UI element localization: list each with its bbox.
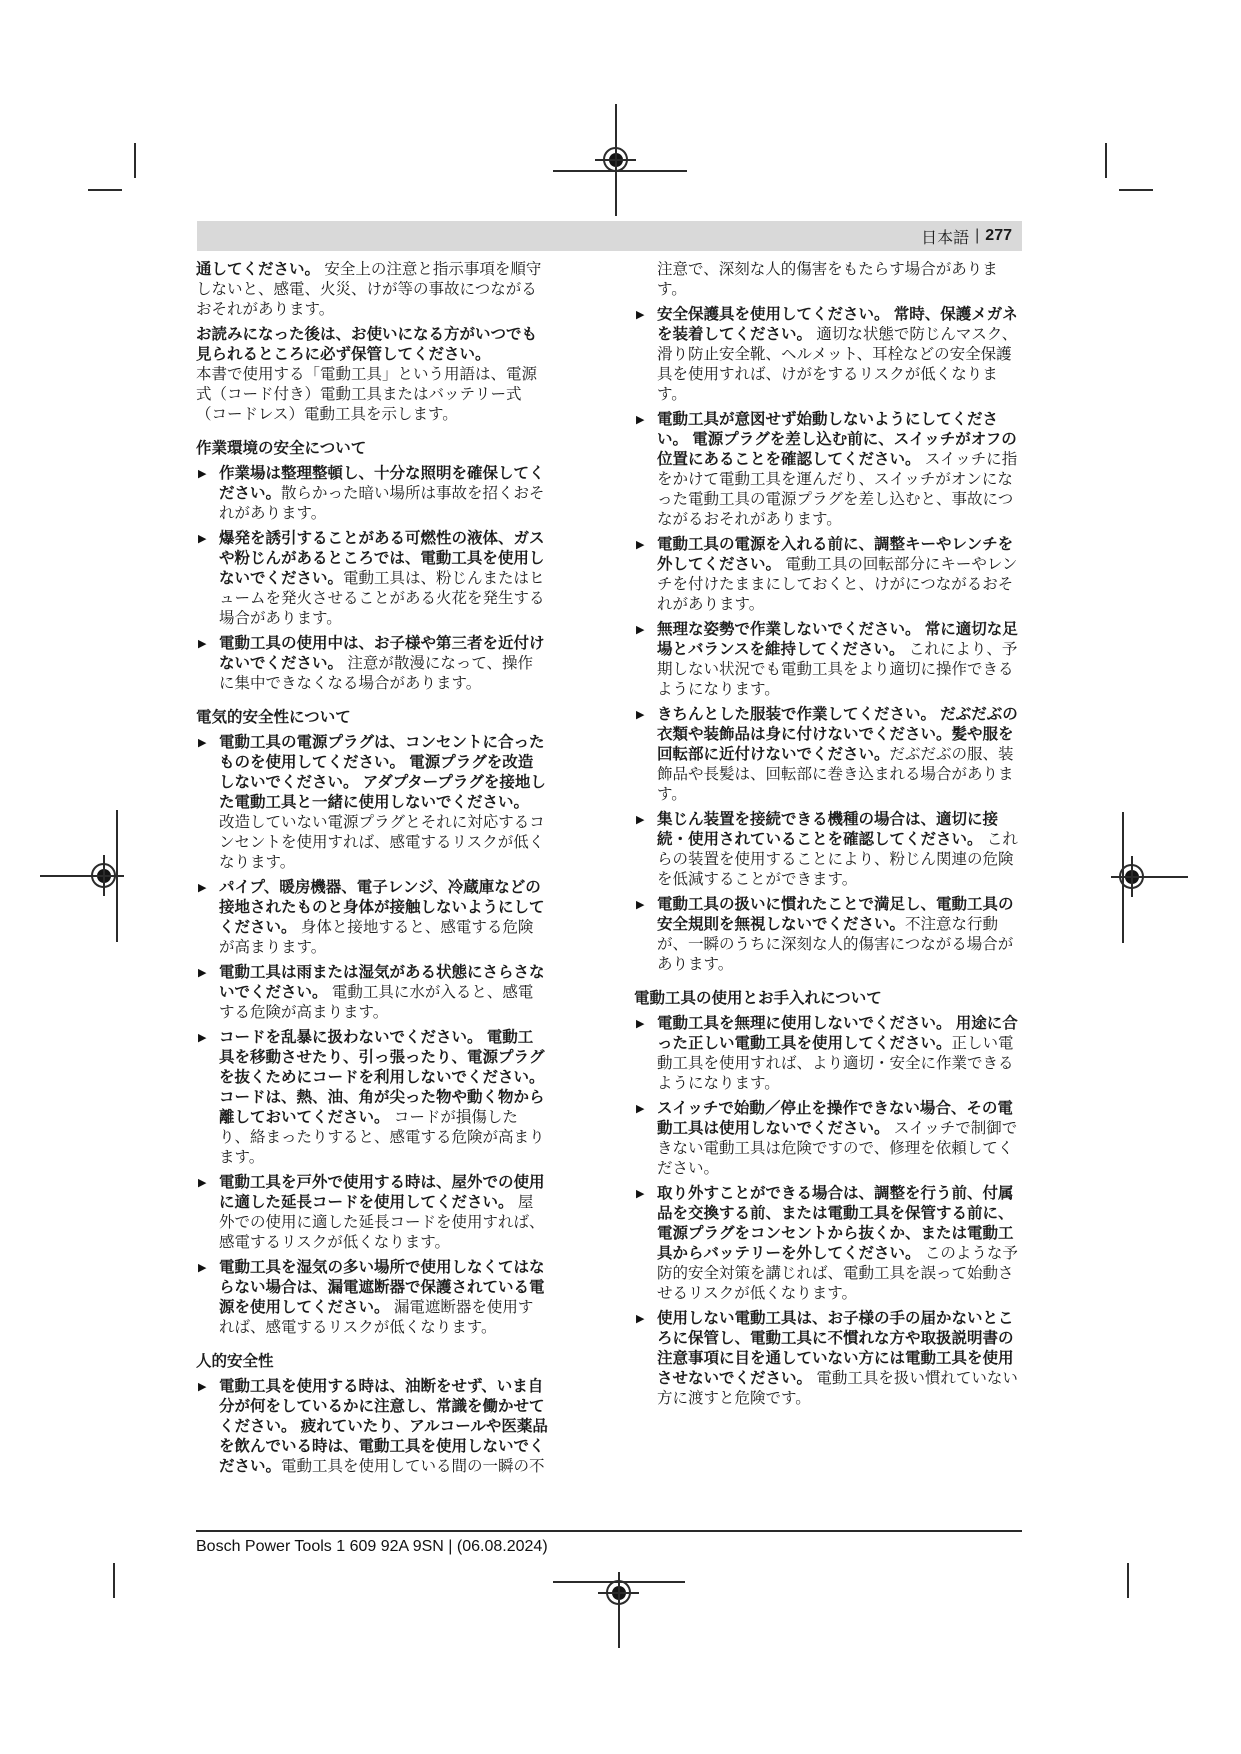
page-header-bar: 日本語 | 277 [197, 221, 1022, 251]
bold-lead-text: 電動工具を戸外で使用する時は、屋外での使用に適した延長コードを使用してください。 [219, 1174, 545, 1211]
bullet-arrow-icon: ▶ [198, 464, 206, 484]
section-heading: 電気的安全性について [196, 708, 548, 728]
manual-page: { "header": { "language": "日本語", "separa… [0, 0, 1241, 1754]
bullet-arrow-icon: ▶ [198, 634, 206, 654]
bullet-arrow-icon: ▶ [636, 410, 644, 430]
bullet-arrow-icon: ▶ [636, 1099, 644, 1119]
bullet-item: ▶電動工具の電源を入れる前に、調整キーやレンチを外してください。 電動工具の回転… [634, 535, 1024, 615]
paragraph: お読みになった後は、お使いになる方がいつでも見られるところに必ず保管してください… [196, 325, 548, 365]
text-column-right: 注意で、深刻な人的傷害をもたらす場合があります。▶安全保護具を使用してください。… [634, 260, 1024, 1409]
bold-lead-text: お読みになった後は、お使いになる方がいつでも見られるところに必ず保管してください… [196, 326, 537, 363]
bullet-item: ▶電動工具を無理に使用しないでください。 用途に合った正しい電動工具を使用してく… [634, 1014, 1024, 1094]
bullet-item: ▶作業場は整理整頓し、十分な照明を確保してください。散らかった暗い場所は事故を招… [196, 464, 548, 524]
body-text: 本書で使用する「電動工具」という用語は、電源式（コード付き）電動工具またはバッテ… [196, 366, 537, 423]
bullet-arrow-icon: ▶ [198, 1173, 206, 1193]
section-heading: 人的安全性 [196, 1352, 548, 1372]
bullet-item: ▶集じん装置を接続できる機種の場合は、適切に接続・使用されていることを確認してく… [634, 810, 1024, 890]
bullet-arrow-icon: ▶ [198, 878, 206, 898]
body-text: 電動工具を使用している間の一瞬の不 [281, 1458, 545, 1475]
bullet-item: ▶スイッチで始動／停止を操作できない場合、その電動工具は使用しないでください。 … [634, 1099, 1024, 1179]
bullet-arrow-icon: ▶ [198, 1028, 206, 1048]
body-text: 改造していない電源プラグとそれに対応するコンセントを使用すれば、感電するリスクが… [219, 814, 545, 871]
bullet-item: ▶電動工具を戸外で使用する時は、屋外での使用に適した延長コードを使用してください… [196, 1173, 548, 1253]
bullet-item: ▶安全保護具を使用してください。 常時、保護メガネを装着してください。 適切な状… [634, 305, 1024, 405]
bullet-item: ▶取り外すことができる場合は、調整を行う前、付属品を交換する前、または電動工具を… [634, 1184, 1024, 1304]
bullet-item: ▶電動工具を使用する時は、油断をせず、いま自分が何をしているかに注意し、常識を働… [196, 1377, 548, 1477]
bold-lead-text: 集じん装置を接続できる機種の場合は、適切に接続・使用されていることを確認してくだ… [657, 811, 998, 848]
body-text: 注意で、深刻な人的傷害をもたらす場合があります。 [657, 261, 998, 298]
bullet-arrow-icon: ▶ [636, 810, 644, 830]
section-heading: 作業環境の安全について [196, 439, 548, 459]
paragraph: 通してください。 安全上の注意と指示事項を順守しないと、感電、火災、けが等の事故… [196, 260, 548, 320]
bullet-item: ▶爆発を誘引することがある可燃性の液体、ガスや粉じんがあるところでは、電動工具を… [196, 529, 548, 629]
bullet-item: ▶きちんとした服装で作業してください。 だぶだぶの衣類や装飾品は身に付けないでく… [634, 705, 1024, 805]
bullet-arrow-icon: ▶ [636, 620, 644, 640]
header-separator: | [975, 227, 979, 245]
section-heading: 電動工具の使用とお手入れについて [634, 989, 1024, 1009]
header-page-number: 277 [985, 227, 1012, 245]
bullet-item: ▶電動工具の扱いに慣れたことで満足し、電動工具の安全規則を無視しないでください。… [634, 895, 1024, 975]
bullet-arrow-icon: ▶ [636, 1014, 644, 1034]
bold-lead-text: 電動工具の電源プラグは、コンセントに合ったものを使用してください。 電源プラグを… [219, 734, 546, 811]
bullet-item: ▶電動工具を湿気の多い場所で使用しなくてはならない場合は、漏電遮断器で保護されて… [196, 1258, 548, 1338]
bullet-arrow-icon: ▶ [636, 305, 644, 325]
bullet-arrow-icon: ▶ [198, 529, 206, 549]
bullet-item: ▶パイプ、暖房機器、電子レンジ、冷蔵庫などの接地されたものと身体が接触しないよう… [196, 878, 548, 958]
bullet-arrow-icon: ▶ [198, 1258, 206, 1278]
footer-rule [196, 1530, 1022, 1532]
bullet-arrow-icon: ▶ [198, 733, 206, 753]
paragraph: 注意で、深刻な人的傷害をもたらす場合があります。 [657, 260, 1024, 300]
bullet-item: ▶電動工具の電源プラグは、コンセントに合ったものを使用してください。 電源プラグ… [196, 733, 548, 873]
bullet-arrow-icon: ▶ [636, 1184, 644, 1204]
bullet-item: ▶電動工具は雨または湿気がある状態にさらさないでください。 電動工具に水が入ると… [196, 963, 548, 1023]
bullet-item: ▶無理な姿勢で作業しないでください。 常に適切な足場とバランスを維持してください… [634, 620, 1024, 700]
bullet-item: ▶電動工具の使用中は、お子様や第三者を近付けないでください。 注意が散漫になって… [196, 634, 548, 694]
bullet-arrow-icon: ▶ [198, 963, 206, 983]
text-column-left: 通してください。 安全上の注意と指示事項を順守しないと、感電、火災、けが等の事故… [196, 260, 548, 1477]
footer-text: Bosch Power Tools 1 609 92A 9SN | (06.08… [196, 1538, 548, 1556]
bullet-arrow-icon: ▶ [198, 1377, 206, 1397]
bullet-item: ▶コードを乱暴に扱わないでください。 電動工具を移動させたり、引っ張ったり、電源… [196, 1028, 548, 1168]
bullet-item: ▶使用しない電動工具は、お子様の手の届かないところに保管し、電動工具に不慣れな方… [634, 1309, 1024, 1409]
bullet-arrow-icon: ▶ [636, 705, 644, 725]
header-language-label: 日本語 [921, 225, 969, 248]
bold-lead-text: 通してください。 [196, 261, 320, 278]
bullet-arrow-icon: ▶ [636, 1309, 644, 1329]
bullet-arrow-icon: ▶ [636, 535, 644, 555]
bullet-item: ▶電動工具が意図せず始動しないようにしてください。 電源プラグを差し込む前に、ス… [634, 410, 1024, 530]
paragraph: 本書で使用する「電動工具」という用語は、電源式（コード付き）電動工具またはバッテ… [196, 365, 548, 425]
bullet-arrow-icon: ▶ [636, 895, 644, 915]
